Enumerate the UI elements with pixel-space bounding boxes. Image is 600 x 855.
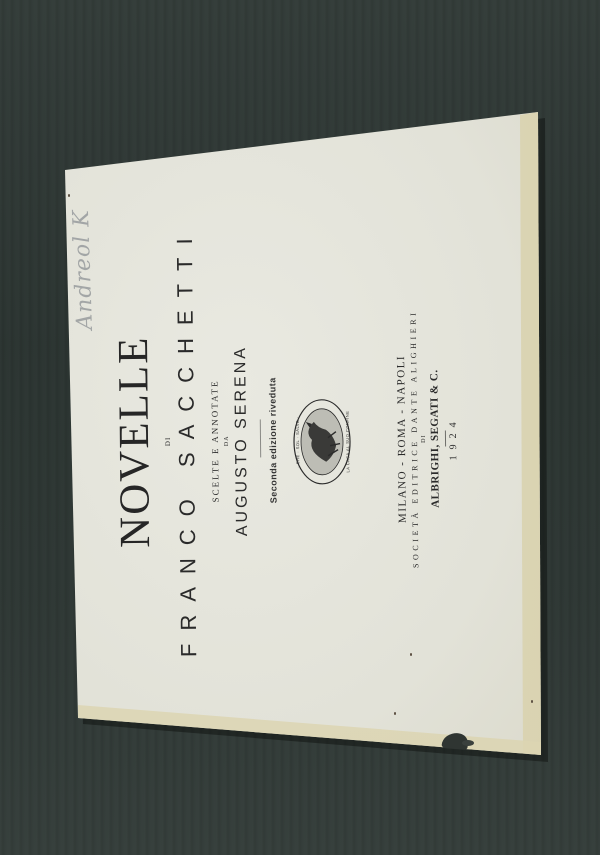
editor-name: AUGUSTO SERENA (230, 141, 254, 741)
paper-speck (394, 712, 396, 715)
book: Andreol K NOVELLE DI FRANCO SACCHETTI SC… (0, 0, 600, 855)
year-divider (445, 430, 446, 446)
paper-speck (531, 700, 533, 703)
paper-speck (410, 653, 412, 656)
ink-stain-small (462, 740, 474, 746)
author-name: FRANCO SACCHETTI (171, 141, 203, 741)
publication-year: 1924 (445, 138, 462, 738)
book-title: NOVELLE (107, 142, 162, 742)
selected-annotated-label: SCELTE E ANNOTATE (207, 141, 223, 741)
divider-rule (260, 419, 261, 457)
edition-note: Seconda edizione riveduta (265, 140, 281, 740)
svg-text:· CHE · SOL · SALVE ·: · CHE · SOL · SALVE · (295, 416, 301, 467)
eagle-seal-icon: · CHE · SOL · SALVE · LA CASA AL SUO CON… (292, 397, 353, 486)
handwritten-signature: Andreol K (76, 184, 77, 185)
paper-speck (68, 194, 70, 197)
cover-text-block: NOVELLE DI FRANCO SACCHETTI SCELTE E ANN… (89, 138, 515, 742)
svg-text:LA CASA AL SUO CONFINE: LA CASA AL SUO CONFINE (345, 411, 351, 473)
